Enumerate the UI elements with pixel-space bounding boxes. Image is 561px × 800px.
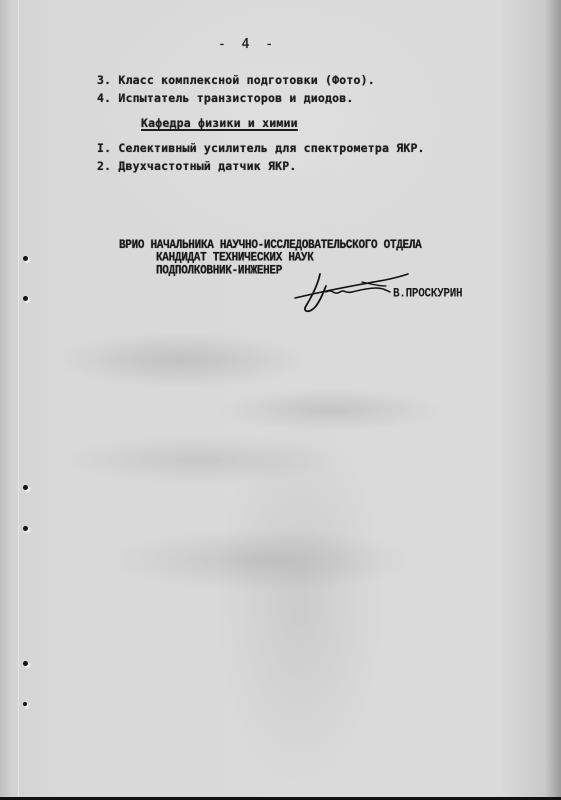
punch-hole-mark bbox=[23, 485, 28, 490]
handwritten-signature-icon bbox=[290, 266, 410, 316]
punch-hole-mark bbox=[23, 296, 28, 301]
punch-hole-mark bbox=[23, 256, 28, 261]
scanned-document-page: - 4 - 3. Класс комплексной подготовки (Ф… bbox=[0, 0, 561, 800]
list-item: 4. Испытатель транзисторов и диодов. bbox=[97, 91, 353, 105]
section-heading: Кафедра физики и химии bbox=[141, 116, 298, 130]
punch-hole-mark bbox=[23, 661, 28, 666]
list-item: 3. Класс комплексной подготовки (Фото). bbox=[97, 73, 375, 87]
punch-hole-mark bbox=[23, 702, 27, 706]
page-edge-line bbox=[18, 0, 19, 800]
signer-name: В.ПРОСКУРИН bbox=[393, 287, 462, 301]
page-number: - 4 - bbox=[218, 37, 277, 52]
punch-hole-mark bbox=[23, 526, 28, 531]
list-item: 2. Двухчастотный датчик ЯКР. bbox=[97, 159, 296, 173]
list-item: I. Селективный усилитель для спектрометр… bbox=[97, 141, 425, 155]
